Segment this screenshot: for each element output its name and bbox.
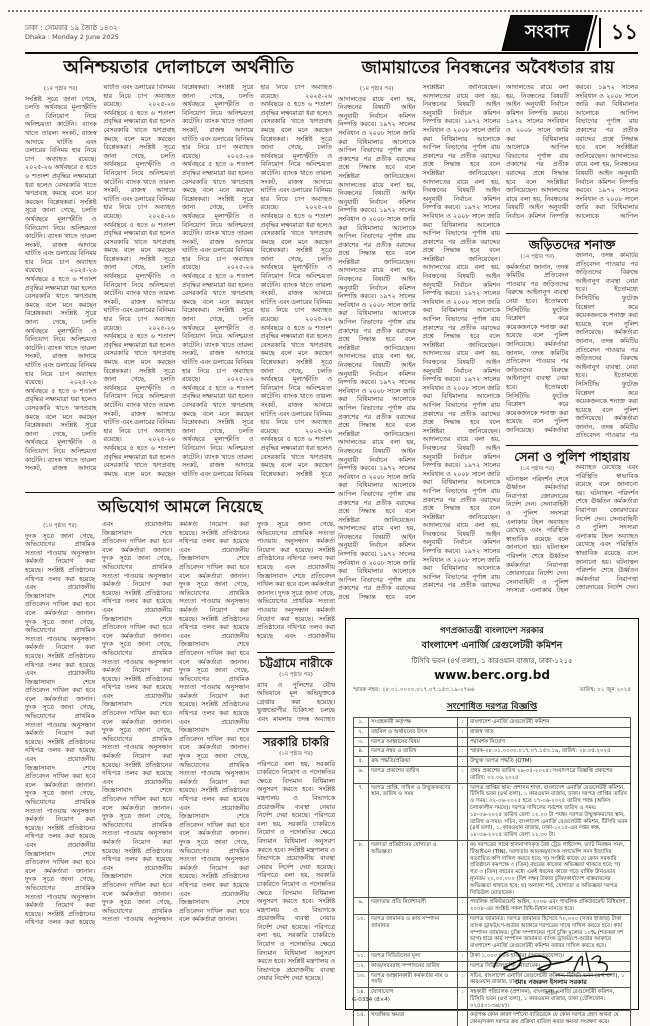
article-jamaat-left: (১ম পৃষ্ঠার পর) আদালতের রায়ে বলা হয়, ন… xyxy=(338,84,500,606)
row-value: পাবলিক প্রকিউরমেন্ট আইন, ২০০৬ এবং পাবলিক… xyxy=(468,898,631,915)
region-complaint-body: (১ম পৃষ্ঠার পর) দুদক সূত্রে জানা গেছে, অ… xyxy=(25,521,335,1003)
row-colon: : xyxy=(458,727,468,737)
masthead: ঢাকা : সোমবার ১৯ জ্যৈষ্ঠ ১৪৩২ Dhaka : Mo… xyxy=(25,16,638,50)
row-value: রাজস্ব খাত xyxy=(468,727,631,737)
row-value: দরপত্র প্রাপ্তির স্থান: প্রশাসন শাখা, বা… xyxy=(468,783,631,840)
tender-notice-box: গণপ্রজাতন্ত্রী বাংলাদেশ সরকার বাংলাদেশ এ… xyxy=(345,618,639,1010)
row-label: দরপত্র প্রকাশের তারিখ xyxy=(369,766,458,783)
row-value: কর্তৃপক্ষ কোন কারণ দর্শানো ব্যতিরেকে যে … xyxy=(468,1011,631,1026)
article-chattogram-body: (১ম পৃষ্ঠার পর) র‍্যাব ও পুলিশের যৌথ অভি… xyxy=(257,670,335,728)
row-colon: : xyxy=(458,747,468,757)
newspaper-page: ঢাকা : সোমবার ১৯ জ্যৈষ্ঠ ১৪৩২ Dhaka : Mo… xyxy=(0,0,650,1026)
row-label: দরদাতা প্রতিষ্ঠানের যোগ্যতা ও অভিজ্ঞতা xyxy=(369,840,458,897)
article-jamaat-text-cont: আদালতের রায়ে বলা হয়, নিবন্ধনের বিষয়টি… xyxy=(506,84,638,220)
article-identify-headline: জড়িতদের শনাক্ত xyxy=(506,237,638,252)
notice-organization: বাংলাদেশ এনার্জি রেগুলেটরী কমিশন xyxy=(353,639,631,654)
article-chattogram-headline: চট্টগ্রামে নারীকে xyxy=(257,656,335,670)
signature-block: মোঃ নজরুল ইসলাম সরকার সচিব xyxy=(476,941,626,999)
row-label: দরপত্র আহ্বানের বিষয় xyxy=(369,737,458,747)
table-row: ৭. দরপত্র প্রাপ্তি, দাখিল ও উন্মুক্তকরণে… xyxy=(354,783,631,840)
article-govjob-body: (১ম পৃষ্ঠার পর) পরিপত্রে বলা হয়, সরকারি… xyxy=(257,749,335,985)
row-serial: ৯. xyxy=(354,898,369,915)
row-colon: : xyxy=(458,766,468,783)
row-label: দরদাতার প্রতি নির্দেশাবলী xyxy=(369,898,458,915)
row-label: কাজ/সরবরাহ সম্পাদনের তারিখ xyxy=(369,961,458,971)
dateline: ঢাকা : সোমবার ১৯ জ্যৈষ্ঠ ১৪৩২ Dhaka : Mo… xyxy=(25,24,119,42)
article-govjob-text: পরিপত্রে বলা হয়, সরকারি চাকরিতে নিয়োগ … xyxy=(257,761,335,983)
row-serial: ১২. xyxy=(354,961,369,971)
row-colon: : xyxy=(458,988,468,1011)
row-label: সংগ্রহকারী কর্তৃপক্ষ xyxy=(369,718,458,728)
table-row: ৮. দরদাতা প্রতিষ্ঠানের যোগ্যতা ও অভিজ্ঞত… xyxy=(354,840,631,897)
region-right-body: (১ম পৃষ্ঠার পর) আদালতের রায়ে বলা হয়, ন… xyxy=(338,84,638,606)
row-value: উন্মুক্ত দরপত্র পদ্ধতি (OTM) xyxy=(468,757,631,767)
article-economy-headline: অনিশ্চয়তার দোলাচলে অর্থনীতি xyxy=(25,57,332,79)
table-row: ৬. দরপত্র প্রকাশের তারিখ : প্রথম প্রকাশে… xyxy=(354,766,631,783)
article-identify-body: (১ম পৃষ্ঠার পর) কর্মকর্তারা জানান, তদন্ত… xyxy=(506,252,638,442)
section-rule xyxy=(506,233,638,234)
article-govjob-headline: সরকারি চাকরি xyxy=(257,735,335,749)
row-serial: ১৫. xyxy=(354,1011,369,1026)
notice-address: টিসিবি ভবন (৪র্থ তলা), ১ কারওয়ান বাজার,… xyxy=(353,655,631,667)
table-row: ৯. দরদাতার প্রতি নির্দেশাবলী : পাবলিক প্… xyxy=(354,898,631,915)
article-complaint-body: (১ম পৃষ্ঠার পর) দুদক সূত্রে জানা গেছে, অ… xyxy=(25,521,249,1003)
region-complaint: অভিযোগ আমলে নিয়েছে (১ম পৃষ্ঠার পর) দুদক… xyxy=(25,492,335,1003)
signatory-name: মোঃ নজরুল ইসলাম সরকার xyxy=(476,977,626,988)
row-colon: : xyxy=(458,1011,468,1026)
row-label: তহবিল ও অর্থায়নের উৎস xyxy=(369,727,458,737)
section-rule xyxy=(257,731,335,732)
table-row: ৩. দরপত্র আহ্বানের বিষয় : পরামর্শক নিয়… xyxy=(354,737,631,747)
article-complaint-body-col4: দুদক সূত্রে জানা গেছে, অভিযোগের প্রাথমিক… xyxy=(257,521,335,649)
row-serial: ১. xyxy=(354,718,369,728)
masthead-right: সংবাদ ১১ xyxy=(506,15,638,51)
article-jamaat-headline: জামায়াতের নিবন্ধনের অবৈধতার রায় xyxy=(338,57,638,79)
notice-memo-number: স্মারক নম্বর: ২৮.০১.০০০০.০১৭.০৭.১৫৩.১৯-২… xyxy=(353,686,475,695)
section-rule xyxy=(506,445,638,446)
continued-marker: (১ম পৃষ্ঠার পর) xyxy=(257,671,335,680)
region-complaint-col4: দুদক সূত্রে জানা গেছে, অভিযোগের প্রাথমিক… xyxy=(257,521,335,1003)
notice-website: www.berc.org.bd xyxy=(353,668,631,682)
print-code: G-0334 (8×4) xyxy=(352,997,390,1003)
signatory-title: সচিব xyxy=(476,988,626,999)
row-colon: : xyxy=(458,898,468,915)
continued-marker: (১ম পৃষ্ঠার পর) xyxy=(257,750,335,759)
continued-marker: (১ম পৃষ্ঠার পর) xyxy=(25,522,95,531)
row-colon: : xyxy=(458,914,468,951)
dateline-en: Dhaka : Monday 2 June 2025 xyxy=(25,33,119,42)
row-value: ক) দরপত্রের সাথে হালনাগাদকৃত বৈধ ট্রেড ল… xyxy=(468,840,631,897)
masthead-rule xyxy=(25,52,638,54)
notice-title: সংশোধিত দরপত্র বিজ্ঞপ্তি xyxy=(353,699,631,714)
row-serial: ৭. xyxy=(354,783,369,840)
notice-date: তারিখ: ০১ জুন ২০২৫ xyxy=(579,686,631,695)
row-colon: : xyxy=(458,951,468,961)
row-serial: ১০. xyxy=(354,914,369,951)
row-colon: : xyxy=(458,737,468,747)
row-colon: : xyxy=(458,783,468,840)
continued-marker: (১ম পৃষ্ঠার পর) xyxy=(338,85,416,94)
section-rule xyxy=(257,652,335,653)
row-serial: ১১. xyxy=(354,951,369,961)
article-economy: অনিশ্চয়তার দোলাচলে অর্থনীতি (১ম পৃষ্ঠার… xyxy=(25,57,332,482)
continued-marker: (১ম পৃষ্ঠার পর) xyxy=(25,85,97,94)
row-colon: : xyxy=(458,718,468,728)
article-army-body: (১ম পৃষ্ঠার পর) ঘটনাস্থল পরিদর্শন শেষে ঊ… xyxy=(506,464,638,600)
row-label: ক্রয় পদ্ধতি/প্রক্রিয়া xyxy=(369,757,458,767)
table-row: ২. তহবিল ও অর্থায়নের উৎস : রাজস্ব খাত xyxy=(354,727,631,737)
perforation-line xyxy=(8,10,642,12)
table-row: ৫. ক্রয় পদ্ধতি/প্রক্রিয়া : উন্মুক্ত দর… xyxy=(354,757,631,767)
row-colon: : xyxy=(458,840,468,897)
table-row: ৪. দরপত্র নম্বর ও তারিখ : স্মারক-২৮.০১.০… xyxy=(354,747,631,757)
row-value: স্মারক-২৮.০১.০০০০.০১৭.০৭.১৫৩.১৯, তারিখ: … xyxy=(468,747,631,757)
article-army-headline: সেনা ও পুলিশ পাহারায় xyxy=(506,449,638,464)
dateline-bn: ঢাকা : সোমবার ১৯ জ্যৈষ্ঠ ১৪৩২ xyxy=(25,24,119,33)
region-right: জামায়াতের নিবন্ধনের অবৈধতার রায় (১ম পৃ… xyxy=(338,57,638,606)
row-label: দরপত্র প্রাপ্তি, দাখিল ও উন্মুক্তকরণের স… xyxy=(369,783,458,840)
continued-marker: (১ম পৃষ্ঠার পর) xyxy=(506,253,569,262)
row-serial: ৩. xyxy=(354,737,369,747)
row-label: দরপত্র জামানত ও কার্য সম্পাদন জামানত xyxy=(369,914,458,951)
row-colon: : xyxy=(458,971,468,988)
newspaper-logo: সংবাদ xyxy=(501,15,593,51)
row-colon: : xyxy=(458,961,468,971)
row-value: প্রথম প্রকাশের তারিখ ২৯-০৫-২০২৫। সংবাদপত… xyxy=(468,766,631,783)
row-serial: ১৩. xyxy=(354,971,369,988)
row-value: বাংলাদেশ এনার্জি রেগুলেটরী কমিশন xyxy=(468,718,631,728)
article-jamaat-body-right: আদালতের রায়ে বলা হয়, নিবন্ধনের বিষয়টি… xyxy=(506,84,638,230)
newspaper-logo-text: সংবাদ xyxy=(525,19,570,47)
row-serial: ২. xyxy=(354,727,369,737)
table-row: ১. সংগ্রহকারী কর্তৃপক্ষ : বাংলাদেশ এনার্… xyxy=(354,718,631,728)
row-label: দরপত্র সিডিউলের মূল্য xyxy=(369,951,458,961)
article-complaint-left: (১ম পৃষ্ঠার পর) দুদক সূত্রে জানা গেছে, অ… xyxy=(25,521,249,1003)
row-serial: ৫. xyxy=(354,757,369,767)
article-jamaat-body-left: (১ম পৃষ্ঠার পর) আদালতের রায়ে বলা হয়, ন… xyxy=(338,84,500,606)
row-label: সংরক্ষিত ক্ষমতা xyxy=(369,1011,458,1026)
table-row: ১৫. সংরক্ষিত ক্ষমতা : কর্তৃপক্ষ কোন কারণ… xyxy=(354,1011,631,1026)
row-colon: : xyxy=(458,757,468,767)
article-complaint-text-cont: দুদক সূত্রে জানা গেছে, অভিযোগের প্রাথমিক… xyxy=(257,521,335,640)
row-serial: ৬. xyxy=(354,766,369,783)
row-label: দরপত্র নম্বর ও তারিখ xyxy=(369,747,458,757)
article-jamaat-text: আদালতের রায়ে বলা হয়, নিবন্ধনের বিষয়টি… xyxy=(338,84,500,601)
page-number: ১১ xyxy=(611,16,638,51)
notice-meta: স্মারক নম্বর: ২৮.০১.০০০০.০১৭.০৭.১৫৩.১৯-২… xyxy=(353,686,631,695)
article-economy-text: সংশ্লিষ্ট সূত্রে জানা গেছে, চলতি অর্থবছর… xyxy=(25,84,332,478)
region-right-substack: আদালতের রায়ে বলা হয়, নিবন্ধনের বিষয়টি… xyxy=(506,84,638,606)
article-army-text: ঘটনাস্থল পরিদর্শন শেষে ঊর্ধ্বতন কর্মকর্ত… xyxy=(506,464,638,594)
row-serial: ৮. xyxy=(354,840,369,897)
row-label: দরপত্র আহ্বানকারী কর্মকর্তার নাম ও পদবি xyxy=(369,971,458,988)
continued-marker: (১ম পৃষ্ঠার পর) xyxy=(506,465,569,474)
row-serial: ৪. xyxy=(354,747,369,757)
notice-government: গণপ্রজাতন্ত্রী বাংলাদেশ সরকার xyxy=(353,624,631,638)
article-economy-body: (১ম পৃষ্ঠার পর) সংশ্লিষ্ট সূত্রে জানা গে… xyxy=(25,84,332,482)
masthead-divider xyxy=(599,18,601,48)
article-identify-text: কর্মকর্তারা জানান, তদন্ত কমিটির প্রতিবেদ… xyxy=(506,252,638,439)
row-value: পরামর্শক নিয়োগ xyxy=(468,737,631,747)
signature-icon xyxy=(486,941,616,981)
article-complaint-headline: অভিযোগ আমলে নিয়েছে xyxy=(25,497,335,517)
article-complaint-text: দুদক সূত্রে জানা গেছে, অভিযোগের প্রাথমিক… xyxy=(25,521,249,926)
